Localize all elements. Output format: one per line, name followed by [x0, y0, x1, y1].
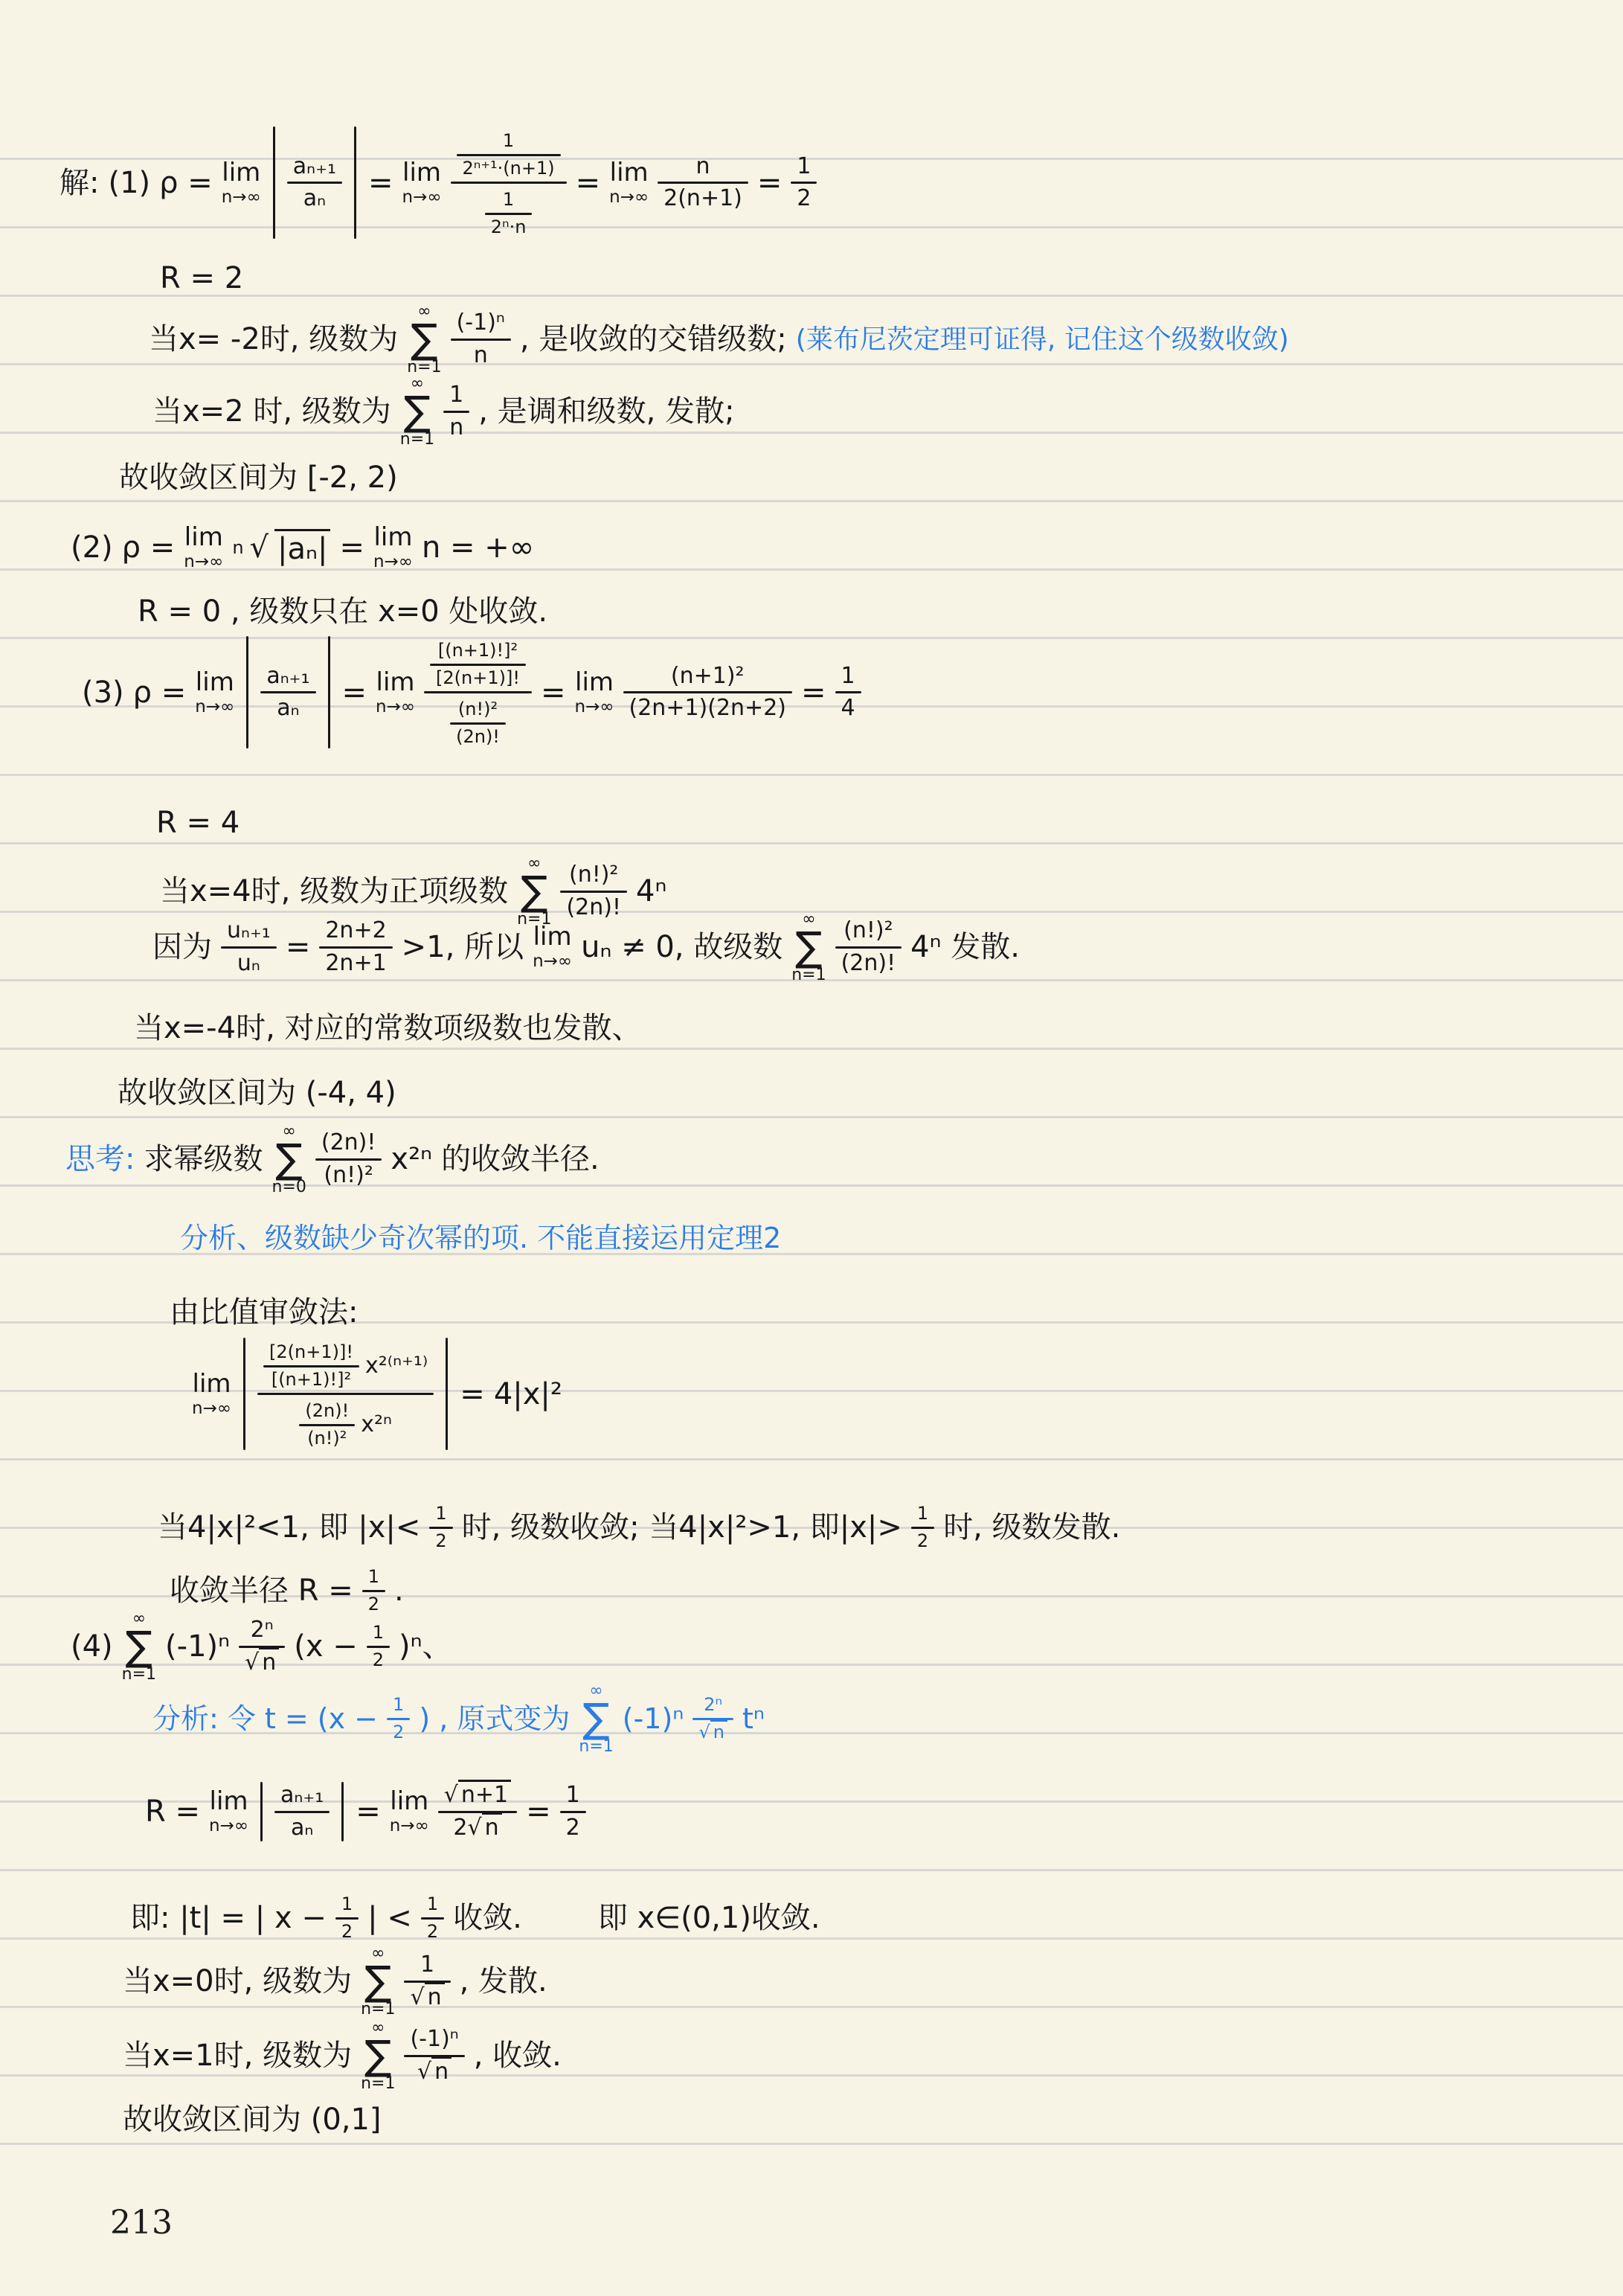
denominator: n — [468, 341, 494, 370]
item-number: (1) — [108, 165, 150, 201]
numerator: (n!)² — [452, 699, 504, 722]
numerator: [2(n+1)]! — [263, 1341, 359, 1365]
limit-operator: limn→∞ — [390, 1789, 429, 1835]
numerator: uₙ₊₁ — [221, 917, 277, 946]
numerator: 12ⁿ⁺¹·(n+1) — [451, 126, 567, 182]
sigma: ∑ — [795, 929, 822, 966]
sigma: ∑ — [364, 2038, 391, 2074]
denominator: aₙ — [298, 184, 332, 213]
numerator: 1 — [387, 1694, 410, 1718]
equals: = — [757, 165, 782, 201]
numerator: 1 — [335, 1893, 359, 1917]
radius-half: 收敛半径 R = 12 . — [170, 1566, 404, 1615]
fraction: (n!)²(2n)! — [835, 917, 902, 977]
fraction: uₙ₊₁uₙ — [221, 917, 277, 977]
sum-lower: n=1 — [791, 967, 826, 984]
solution-step-2: (2) ρ = limn→∞ n√|aₙ| = limn→∞ n = +∞ — [71, 525, 534, 571]
numerator: (2n)! — [315, 1129, 382, 1158]
half-fraction: 12 — [387, 1694, 410, 1743]
denominator: 2 — [560, 1813, 586, 1842]
denominator: [(n+1)!]² — [266, 1367, 357, 1391]
radicand: n — [482, 1812, 502, 1841]
text: 收敛. — [453, 1900, 522, 1936]
compound-fraction: 12ⁿ⁺¹·(n+1) 12ⁿ·n — [451, 126, 567, 239]
denominator: 2√n — [447, 1813, 507, 1842]
radical-sign: √ — [698, 1722, 710, 1742]
case-x-neg4: 当x=-4时, 对应的常数项级数也发散、 — [134, 1010, 642, 1046]
half-fraction: 12 — [911, 1503, 934, 1552]
sum-lower: n=1 — [361, 2076, 395, 2092]
item-number: (4) — [71, 1629, 113, 1664]
lim-word: lim — [610, 160, 649, 185]
lim-subscript: n→∞ — [376, 699, 415, 716]
denominator: √n — [692, 1720, 733, 1744]
fraction: (-1)ⁿ√n — [404, 2026, 464, 2085]
abs-bar — [246, 636, 248, 748]
summation: ∞∑n=1 — [407, 304, 441, 376]
text: 当x=2 时, 级数为 — [152, 394, 391, 429]
numerator: (n!)² — [563, 862, 624, 891]
compound-fraction: [2(n+1)]![(n+1)!]²x²⁽ⁿ⁺¹⁾ (2n)!(n!)²x²ⁿ — [257, 1338, 434, 1450]
denominator: (2n)! — [450, 725, 506, 748]
sum-lower: n=1 — [122, 1667, 156, 1683]
summation: ∞∑n=1 — [400, 376, 434, 448]
solution-step-1: 解: (1) ρ = limn→∞ aₙ₊₁aₙ = limn→∞ 12ⁿ⁺¹·… — [60, 126, 817, 239]
numerator: [2(n+1)]![(n+1)!]²x²⁽ⁿ⁺¹⁾ — [257, 1338, 434, 1393]
text: 因为 — [152, 929, 212, 965]
limit-operator: limn→∞ — [402, 160, 442, 206]
summation: ∞∑n=1 — [361, 2020, 395, 2092]
fraction: aₙ₊₁aₙ — [274, 1782, 330, 1841]
text: 的收敛半径. — [441, 1141, 600, 1177]
fraction: [(n+1)!]²[2(n+1)]! — [430, 640, 526, 689]
numerator: 1 — [362, 1566, 385, 1590]
numerator: √n+1 — [438, 1782, 517, 1811]
text: 即: |t| = | x − — [130, 1900, 327, 1936]
equals: = — [576, 165, 601, 201]
page-number: 213 — [110, 2204, 173, 2242]
lim-subscript: n→∞ — [575, 699, 614, 716]
numerator: 1 — [497, 189, 520, 213]
text: )ⁿ、 — [399, 1629, 452, 1664]
sum-lower: n=1 — [361, 2001, 395, 2018]
text: 时, 级数发散. — [943, 1510, 1120, 1545]
case-x-2: 当x=2 时, 级数为 ∞∑n=1 1n , 是调和级数, 发散; — [152, 376, 735, 448]
equals: = — [368, 165, 393, 201]
fraction: aₙ₊₁aₙ — [287, 153, 342, 213]
radical-sign: √ — [410, 1984, 424, 2010]
term-group: (2n)!(n!)²x²ⁿ — [299, 1400, 392, 1449]
sum-lower: n=0 — [271, 1179, 306, 1196]
lim-subscript: n→∞ — [609, 189, 649, 206]
item-number: (2) — [71, 530, 113, 565]
solution-step-3: (3) ρ = limn→∞ aₙ₊₁aₙ = limn→∞ [(n+1)!]²… — [82, 636, 861, 748]
lim-subscript: n→∞ — [402, 189, 442, 206]
numerator: 1 — [791, 153, 817, 182]
lim-subscript: n→∞ — [222, 189, 261, 206]
sigma: ∑ — [521, 873, 547, 910]
numerator: 1 — [560, 1782, 586, 1811]
lim-word: lim — [402, 160, 441, 185]
lim-subscript: n→∞ — [373, 554, 413, 571]
denominator: n — [443, 413, 469, 442]
denominator: 2(n+1) — [658, 184, 748, 213]
denominator: 2 — [791, 184, 817, 213]
fraction: [2(n+1)]![(n+1)!]² — [263, 1341, 359, 1391]
limit-operator: limn→∞ — [533, 924, 572, 970]
text: R = 4 — [156, 805, 240, 841]
numerator: (-1)ⁿ — [451, 310, 511, 339]
text-blue: 分析、级数缺少奇次幂的项. 不能直接运用定理2 — [180, 1222, 781, 1256]
convergence-cases: 当4|x|²<1, 即 |x|< 12 时, 级数收敛; 当4|x|²>1, 即… — [158, 1503, 1120, 1552]
radicand: n — [431, 2056, 451, 2085]
denominator: (n!)²(2n)! — [444, 693, 512, 748]
limit-operator: limn→∞ — [376, 670, 415, 716]
numerator: n — [690, 153, 716, 182]
fraction: 2ⁿ√n — [239, 1617, 285, 1676]
radical-sign: √ — [417, 2059, 431, 2085]
abs-bar — [328, 636, 330, 748]
numerator: 2ⁿ — [245, 1617, 280, 1646]
result-term: 4|x|² — [494, 1376, 562, 1412]
equals: = — [541, 675, 566, 711]
text: 当x=1时, 级数为 — [123, 2038, 352, 2074]
equals: = — [342, 675, 367, 711]
think-label-blue: 思考: — [65, 1141, 135, 1177]
problem-4-series: (4) ∞∑n=1 (-1)ⁿ 2ⁿ√n (x − 12 )ⁿ、 — [71, 1611, 452, 1683]
lim-word: lim — [390, 1789, 428, 1814]
numerator: (-1)ⁿ — [404, 2026, 464, 2055]
numerator: 1 — [421, 1893, 444, 1917]
text: 由比值审敛法: — [170, 1295, 358, 1330]
denominator: [2(n+1)]! — [430, 666, 526, 690]
text: (x − — [294, 1629, 358, 1664]
margin-note-blue: (莱布尼茨定理可证得, 记住这个级数收敛) — [796, 324, 1289, 356]
text: R = — [145, 1794, 200, 1830]
sum-lower: n=1 — [400, 432, 434, 448]
numerator: [(n+1)!]² — [432, 640, 524, 664]
result-fraction: 12 — [560, 1782, 586, 1841]
radicand: n — [710, 1719, 727, 1742]
denominator: √n — [239, 1648, 285, 1677]
numerator: aₙ₊₁ — [274, 1782, 330, 1811]
lim-word: lim — [533, 924, 572, 949]
text: , 是调和级数, 发散; — [478, 394, 734, 429]
radical-sign: √ — [245, 1649, 259, 1675]
text-blue: ) , 原式变为 — [419, 1702, 570, 1737]
denominator: 2 — [367, 1648, 390, 1672]
text: , 发散. — [460, 1963, 547, 1999]
power-term: x²ⁿ — [361, 1412, 392, 1438]
equals: = — [356, 1794, 381, 1830]
abs-bar — [341, 1782, 344, 1841]
denominator: 2 — [911, 1529, 934, 1553]
radius-calc-4: R = limn→∞ aₙ₊₁aₙ = limn→∞ √n+12√n = 12 — [145, 1782, 586, 1841]
summation: ∞∑n=1 — [122, 1611, 156, 1683]
denominator: (2n+1)(2n+2) — [623, 693, 792, 722]
think-problem: 思考: 求幂级数 ∞∑n=0 (2n)!(n!)² x²ⁿ 的收敛半径. — [65, 1123, 600, 1196]
limit-operator: limn→∞ — [222, 160, 261, 206]
text: 故收敛区间为 [-2, 2) — [119, 460, 398, 496]
numerator: [(n+1)!]²[2(n+1)]! — [424, 636, 532, 691]
denominator: √n — [411, 2057, 457, 2086]
text: . — [394, 1573, 404, 1609]
text: ρ = — [133, 675, 187, 711]
numerator: (n+1)² — [665, 663, 751, 692]
fraction: (2n)!(n!)² — [315, 1129, 382, 1189]
sigma: ∑ — [126, 1629, 152, 1665]
fraction: 12ⁿ⁺¹·(n+1) — [457, 130, 561, 179]
fraction: aₙ₊₁aₙ — [260, 663, 315, 722]
denominator: √n — [404, 1983, 450, 2012]
lim-subscript: n→∞ — [192, 1400, 231, 1417]
fraction: √n+12√n — [438, 1782, 517, 1841]
limit-operator: limn→∞ — [209, 1789, 248, 1835]
interval-result-3: 故收敛区间为 (-4, 4) — [118, 1075, 396, 1111]
nth-root: n√|aₙ| — [232, 529, 330, 567]
fraction: 1√n — [404, 1952, 450, 2011]
text: uₙ ≠ 0, 故级数 — [581, 929, 782, 965]
text: 当x=4时, 级数为正项级数 — [160, 873, 508, 909]
lim-subscript: n→∞ — [209, 1818, 248, 1835]
text: 故收敛区间为 (0,1] — [123, 2102, 382, 2138]
power-term: x²⁽ⁿ⁺¹⁾ — [365, 1353, 428, 1379]
text: 当x= -2时, 级数为 — [149, 321, 398, 357]
numerator: 1 — [443, 382, 469, 411]
text: ρ = — [122, 530, 176, 565]
lim-word: lim — [196, 670, 234, 695]
text: 当4|x|²<1, 即 |x|< — [158, 1510, 420, 1545]
analysis-note-1: 分析、级数缺少奇次幂的项. 不能直接运用定理2 — [180, 1222, 781, 1256]
denominator: 2ⁿ⁺¹·(n+1) — [457, 156, 561, 180]
half-fraction: 12 — [335, 1893, 359, 1943]
denominator: 2 — [335, 1920, 359, 1943]
numerator: 2n+2 — [319, 917, 392, 946]
solution-label: 解: — [60, 165, 99, 201]
half-fraction: 12 — [421, 1893, 444, 1943]
limit-operator: limn→∞ — [195, 670, 234, 716]
radicand: |aₙ| — [274, 529, 330, 567]
denominator: aₙ — [271, 693, 305, 722]
numerator: 1 — [835, 663, 861, 692]
summation: ∞∑n=1 — [361, 1946, 395, 2018]
divergence-reason: 因为 uₙ₊₁uₙ = 2n+22n+1 >1, 所以 limn→∞ uₙ ≠ … — [152, 911, 1020, 984]
denominator: (2n)!(n!)²x²ⁿ — [293, 1395, 398, 1450]
radicand: n+1 — [458, 1780, 511, 1808]
limit-operator: limn→∞ — [192, 1371, 231, 1417]
half-fraction: 12 — [429, 1503, 452, 1552]
numerator: (2n)! — [299, 1400, 355, 1424]
text: 4ⁿ 发散. — [910, 929, 1020, 965]
numerator: aₙ₊₁ — [287, 153, 342, 182]
limit-operator: limn→∞ — [184, 525, 223, 571]
case-x-0: 当x=0时, 级数为 ∞∑n=1 1√n , 发散. — [123, 1946, 547, 2018]
denominator: 12ⁿ·n — [479, 184, 539, 239]
text: 收敛半径 R = — [170, 1573, 353, 1609]
sigma: ∑ — [364, 1963, 391, 2000]
text: n = +∞ — [422, 530, 534, 565]
notebook-page: 解: (1) ρ = limn→∞ aₙ₊₁aₙ = limn→∞ 12ⁿ⁺¹·… — [0, 0, 1623, 2296]
analysis-note-2: 分析: 令 t = (x − 12 ) , 原式变为 ∞∑n=1 (-1)ⁿ 2… — [152, 1683, 765, 1755]
abs-bar — [243, 1338, 245, 1450]
denominator: 2ⁿ·n — [485, 215, 533, 239]
root-index: n — [232, 537, 243, 559]
summation: ∞∑n=1 — [579, 1683, 613, 1755]
radicand: n — [425, 1982, 445, 2010]
abs-bar — [273, 126, 275, 239]
numerator: 1 — [414, 1952, 440, 1981]
denominator: 2n+1 — [319, 949, 392, 978]
text-blue: 令 t = (x − — [228, 1702, 378, 1737]
t-interval: 即: |t| = | x − 12 | < 12 收敛. 即 x∈(0,1)收敛… — [130, 1893, 820, 1943]
text: >1, 所以 — [402, 929, 524, 965]
denominator: (2n)! — [835, 949, 902, 978]
text: 时, 级数收敛; 当4|x|²>1, 即|x|> — [462, 1510, 902, 1545]
fraction: 2n+22n+1 — [319, 917, 392, 977]
equals: = — [801, 675, 826, 711]
lim-word: lim — [575, 670, 614, 695]
case-x-neg2: 当x= -2时, 级数为 ∞∑n=1 (-1)ⁿn , 是收敛的交错级数; (莱… — [149, 304, 1289, 376]
fraction: (-1)ⁿn — [451, 310, 511, 369]
numerator: 1 — [429, 1503, 452, 1527]
result-fraction: 14 — [835, 663, 861, 722]
text: 求幂级数 — [144, 1141, 263, 1177]
half-fraction: 12 — [362, 1566, 385, 1615]
result-fraction: 12 — [791, 153, 817, 213]
denominator: (n!)² — [318, 1161, 379, 1190]
limit-operator: limn→∞ — [575, 670, 614, 716]
fraction: 1n — [443, 382, 469, 441]
abs-bar — [354, 126, 356, 239]
lim-subscript: n→∞ — [533, 953, 572, 970]
equals: = — [460, 1376, 485, 1412]
ratio-limit-eval: limn→∞ [2(n+1)]![(n+1)!]²x²⁽ⁿ⁺¹⁾ (2n)!(n… — [192, 1338, 562, 1450]
denominator: 4 — [835, 693, 861, 722]
text: 当x=0时, 级数为 — [123, 1963, 352, 1999]
compound-fraction: [(n+1)!]²[2(n+1)]! (n!)²(2n)! — [424, 636, 532, 748]
equals: = — [526, 1794, 551, 1830]
sigma: ∑ — [411, 321, 437, 358]
text: 即 x∈(0,1)收敛. — [598, 1900, 820, 1936]
text: 当x=-4时, 对应的常数项级数也发散、 — [134, 1010, 642, 1046]
numerator: 1 — [911, 1503, 934, 1527]
sum-lower: n=1 — [579, 1739, 613, 1755]
text: , 收敛. — [474, 2038, 562, 2074]
radius-result-2: R = 0 , 级数只在 x=0 处收敛. — [138, 594, 547, 629]
numerator: (n!)² — [838, 917, 899, 946]
analysis-label-blue: 分析: — [152, 1702, 219, 1737]
denominator: 2 — [387, 1720, 410, 1744]
case-x-1: 当x=1时, 级数为 ∞∑n=1 (-1)ⁿ√n , 收敛. — [123, 2020, 562, 2092]
sign-term: (-1)ⁿ — [165, 1629, 230, 1664]
lim-word: lim — [184, 525, 223, 550]
sigma: ∑ — [404, 394, 431, 430]
summation: ∞∑n=0 — [271, 1123, 306, 1196]
lim-subscript: n→∞ — [390, 1818, 429, 1835]
text: | < — [367, 1900, 412, 1936]
lim-word: lim — [373, 525, 412, 550]
radius-result-1: R = 2 — [160, 260, 243, 296]
item-number: (3) — [82, 675, 124, 711]
fraction: n2(n+1) — [658, 153, 748, 213]
numerator: 1 — [497, 130, 520, 154]
sigma: ∑ — [582, 1701, 609, 1737]
sign-term: (-1)ⁿ — [623, 1702, 684, 1737]
summation: ∞∑n=1 — [791, 911, 826, 984]
denominator: 2 — [421, 1920, 444, 1943]
lim-word: lim — [376, 670, 415, 695]
text: R = 0 , 级数只在 x=0 处收敛. — [138, 594, 547, 629]
power-term: 4ⁿ — [636, 873, 666, 909]
interval-result-4: 故收敛区间为 (0,1] — [123, 2102, 382, 2138]
denominator: 2 — [429, 1529, 452, 1553]
lim-subscript: n→∞ — [184, 554, 223, 571]
numerator: aₙ₊₁ — [260, 663, 315, 692]
power-term: tⁿ — [742, 1702, 765, 1737]
power-term: x²ⁿ — [391, 1141, 432, 1177]
equals: = — [286, 929, 311, 965]
radius-result-3: R = 4 — [156, 805, 240, 841]
fraction: (n!)²(2n)! — [450, 699, 506, 748]
lim-word: lim — [210, 1789, 248, 1814]
lim-word: lim — [193, 1371, 231, 1396]
radical-sign: √ — [250, 530, 269, 565]
sigma: ∑ — [275, 1141, 302, 1178]
term-group: [2(n+1)]![(n+1)!]²x²⁽ⁿ⁺¹⁾ — [263, 1341, 428, 1391]
text: , 是收敛的交错级数; — [520, 321, 787, 357]
equals: = — [339, 530, 364, 565]
lim-word: lim — [222, 160, 260, 185]
abs-bar — [446, 1338, 448, 1450]
denominator: aₙ — [285, 1813, 319, 1842]
ratio-method-label: 由比值审敛法: — [170, 1295, 358, 1330]
fraction: (2n)!(n!)² — [299, 1400, 355, 1449]
text: 故收敛区间为 (-4, 4) — [118, 1075, 396, 1111]
text: ρ = — [159, 165, 213, 201]
radical-sign: √ — [444, 1782, 458, 1808]
radicand: n — [259, 1647, 279, 1675]
denominator: (n!)² — [301, 1426, 353, 1450]
fraction: 12ⁿ·n — [485, 189, 533, 238]
limit-operator: limn→∞ — [609, 160, 649, 206]
text: R = 2 — [160, 260, 243, 296]
sum-lower: n=1 — [407, 359, 441, 376]
limit-operator: limn→∞ — [373, 525, 413, 571]
lim-subscript: n→∞ — [195, 699, 234, 716]
numerator: 1 — [367, 1622, 390, 1646]
numerator: 2ⁿ — [698, 1694, 728, 1718]
fraction: (n+1)²(2n+1)(2n+2) — [623, 663, 792, 722]
fraction: 2ⁿ√n — [692, 1694, 733, 1743]
coefficient-radical: 2√ — [453, 1815, 481, 1841]
denominator: uₙ — [231, 949, 266, 978]
abs-bar — [260, 1782, 263, 1841]
interval-result-1: 故收敛区间为 [-2, 2) — [119, 460, 398, 496]
half-fraction: 12 — [367, 1622, 390, 1671]
